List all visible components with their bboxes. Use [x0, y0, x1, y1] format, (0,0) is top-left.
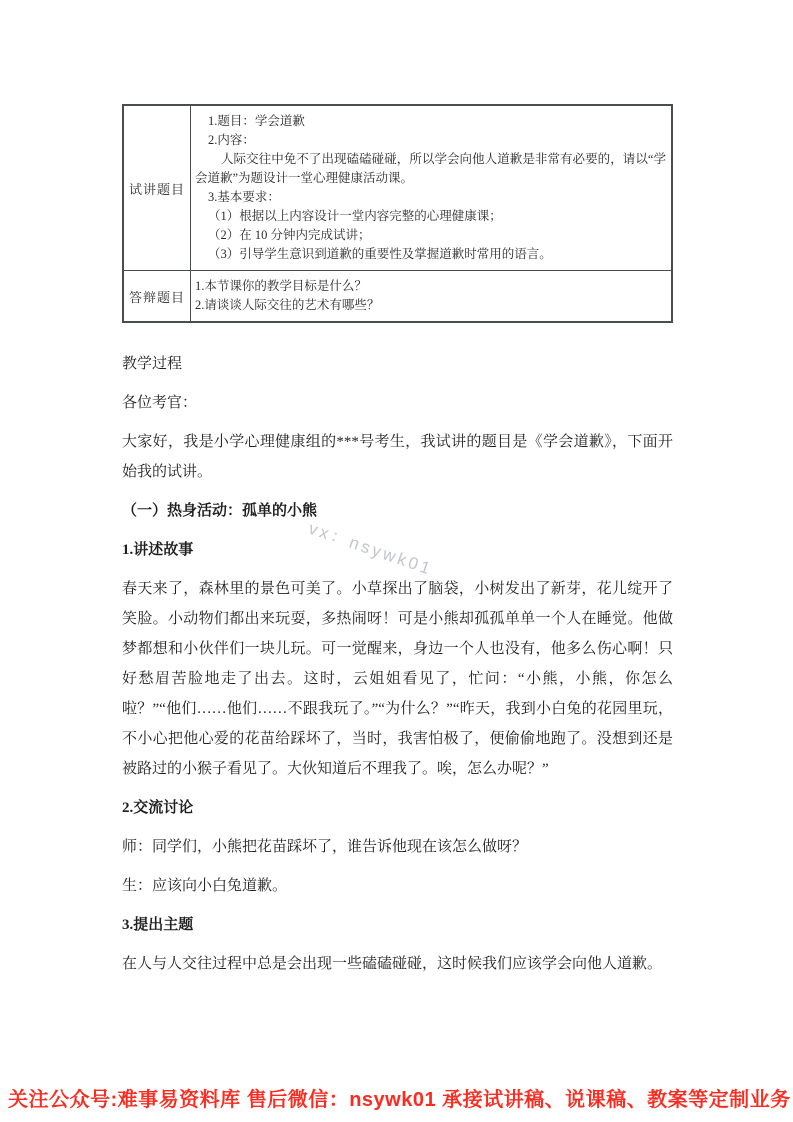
table-line-requirement-2: （2）在 10 分钟内完成试讲；	[195, 226, 666, 245]
heading-warmup-activity: （一）热身活动：孤单的小熊	[122, 496, 673, 526]
table-line-title: 1.题目：学会道歉	[195, 112, 666, 131]
footer-promo-banner: 关注公众号:难事易资料库 售后微信：nsywk01 承接试讲稿、说课稿、教案等定…	[8, 1083, 793, 1112]
table-line-requirements-head: 3.基本要求：	[195, 188, 666, 207]
document-page: 试讲题目 1.题目：学会道歉 2.内容： 人际交往中免不了出现磕磕碰碰，所以学会…	[122, 104, 673, 979]
heading-propose-theme: 3.提出主题	[122, 910, 673, 940]
heading-tell-story: 1.讲述故事	[122, 535, 673, 565]
salutation-examiners: 各位考官：	[122, 388, 673, 418]
lecture-script: 教学过程 各位考官： 大家好，我是小学心理健康组的***号考生，我试讲的题目是《…	[122, 349, 673, 979]
story-paragraph: 春天来了，森林里的景色可美了。小草探出了脑袋，小树发出了新芽，花儿绽开了笑脸。小…	[122, 574, 673, 784]
theme-paragraph: 在人与人交往过程中总是会出现一些磕磕碰碰，这时候我们应该学会向他人道歉。	[122, 949, 673, 979]
section-teaching-process: 教学过程	[122, 349, 673, 379]
teacher-line: 师：同学们，小熊把花苗踩坏了，谁告诉他现在该怎么做呀？	[122, 832, 673, 862]
question-table: 试讲题目 1.题目：学会道歉 2.内容： 人际交往中免不了出现磕磕碰碰，所以学会…	[122, 104, 673, 323]
table-row-defense: 答辩题目 1.本节课你的教学目标是什么？ 2.请谈谈人际交往的艺术有哪些？	[123, 271, 672, 323]
table-line-defense-q2: 2.请谈谈人际交往的艺术有哪些？	[195, 296, 666, 315]
row-label-defense: 答辩题目	[123, 271, 191, 323]
intro-paragraph: 大家好，我是小学心理健康组的***号考生，我试讲的题目是《学会道歉》，下面开始我…	[122, 427, 673, 487]
row-label-trial-lecture: 试讲题目	[123, 105, 191, 271]
trial-lecture-content: 1.题目：学会道歉 2.内容： 人际交往中免不了出现磕磕碰碰，所以学会向他人道歉…	[191, 105, 673, 271]
student-line: 生：应该向小白兔道歉。	[122, 871, 673, 901]
table-line-content-body: 人际交往中免不了出现磕磕碰碰，所以学会向他人道歉是非常有必要的，请以“学会道歉”…	[195, 150, 666, 188]
table-line-content-head: 2.内容：	[195, 131, 666, 150]
table-line-requirement-3: （3）引导学生意识到道歉的重要性及掌握道歉时常用的语言。	[195, 245, 666, 264]
table-line-defense-q1: 1.本节课你的教学目标是什么？	[195, 277, 666, 296]
table-row-trial-lecture: 试讲题目 1.题目：学会道歉 2.内容： 人际交往中免不了出现磕磕碰碰，所以学会…	[123, 105, 672, 271]
heading-discussion: 2.交流讨论	[122, 793, 673, 823]
table-line-requirement-1: （1）根据以上内容设计一堂内容完整的心理健康课；	[195, 207, 666, 226]
defense-content: 1.本节课你的教学目标是什么？ 2.请谈谈人际交往的艺术有哪些？	[191, 271, 673, 323]
